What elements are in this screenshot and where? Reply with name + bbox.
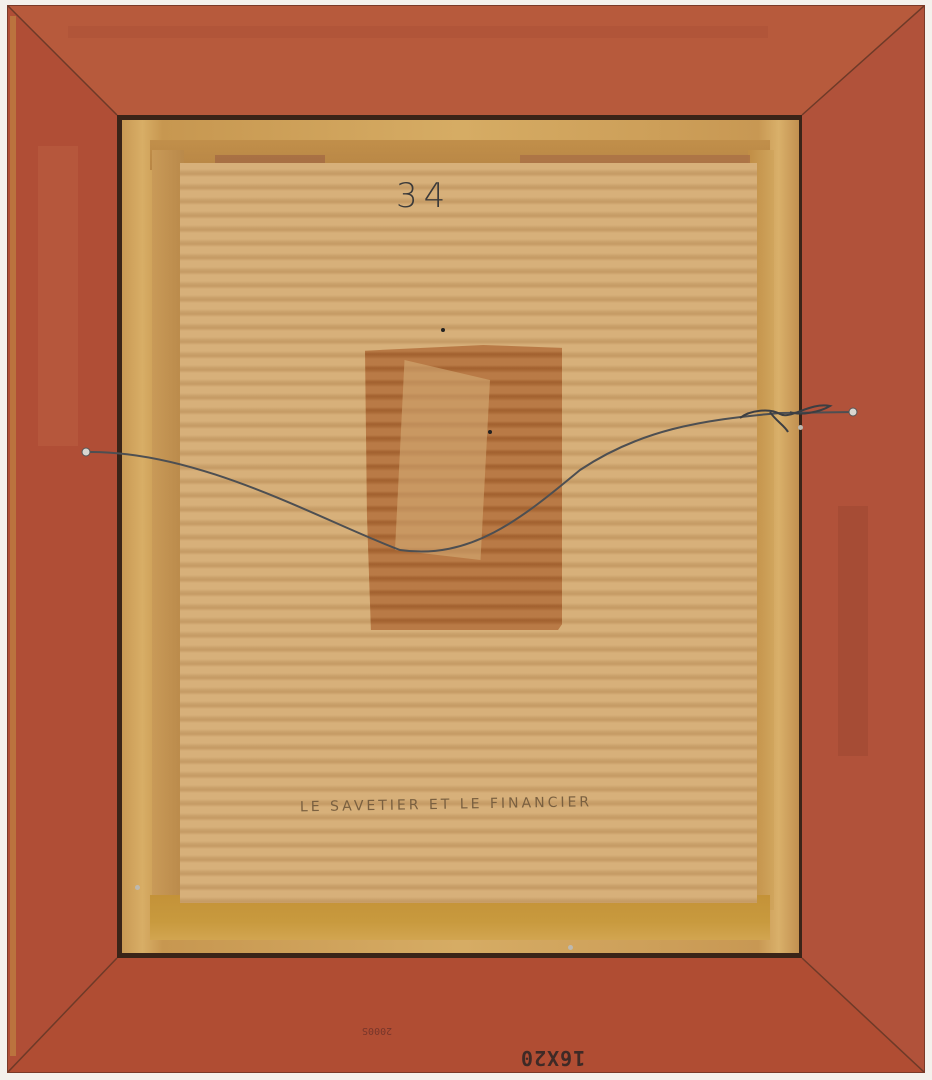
frame-stamp-small: 2000S	[362, 1025, 392, 1036]
tack-icon	[135, 885, 140, 890]
inventory-number: 34	[396, 176, 486, 226]
nail-hole	[488, 430, 492, 434]
glue-stain-highlight	[395, 360, 490, 560]
nail-hole	[441, 328, 445, 332]
tack-icon	[568, 945, 573, 950]
tack-icon	[798, 425, 803, 430]
frame-size-stamp: 16X20	[520, 1046, 585, 1070]
